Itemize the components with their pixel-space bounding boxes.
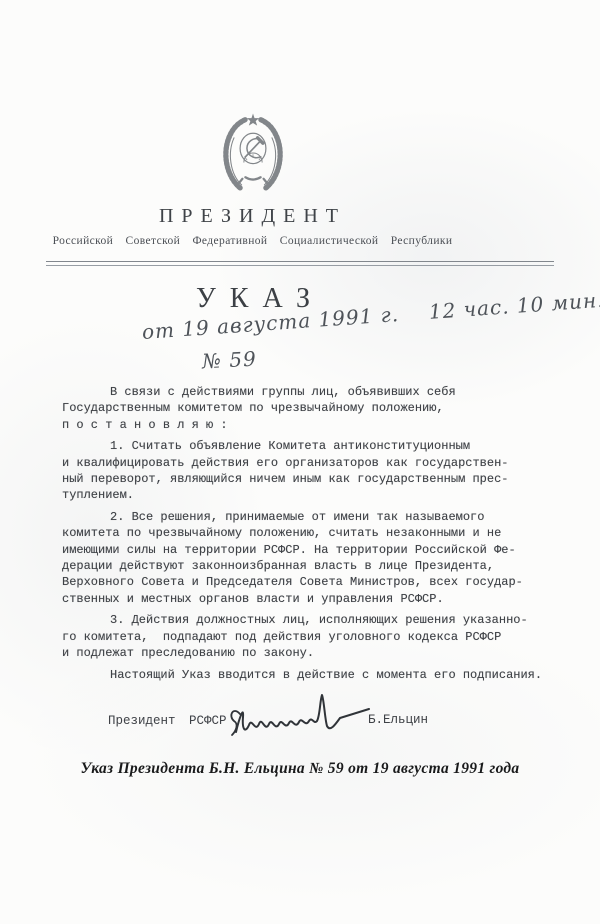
body-line: комитета по чрезвычайному положению, счи… (62, 525, 548, 541)
letterhead: ПРЕЗИДЕНТ Российской Советской Федератив… (0, 112, 505, 247)
body-line: Государственным комитетом по чрезвычайно… (62, 400, 548, 416)
signatory-post: Президент РСФСР (108, 714, 227, 728)
body-line: Верховного Совета и Председателя Совета … (62, 574, 548, 590)
body-line: и квалифицировать действия его организат… (62, 455, 548, 471)
signatory-name: Б.Ельцин (368, 713, 428, 727)
body-line: го комитета, подпадают под действия угол… (62, 629, 548, 645)
body-line: 2. Все решения, принимаемые от имени так… (62, 509, 548, 525)
letterhead-subtitle: Российской Советской Федеративной Социал… (0, 235, 505, 247)
handwritten-decree-number: № 59 (201, 347, 257, 374)
yeltsin-signature-icon (222, 688, 372, 743)
body-line: п о с т а н о в л я ю : (62, 417, 548, 433)
body-line: имеющими силы на территории РСФСР. На те… (62, 542, 548, 558)
decree-body: В связи с действиями группы лиц, объявив… (62, 384, 548, 683)
scanned-decree-page: ПРЕЗИДЕНТ Российской Советской Федератив… (0, 0, 600, 924)
letterhead-title: ПРЕЗИДЕНТ (0, 205, 505, 228)
body-line: Настоящий Указ вводится в действие с мом… (62, 667, 548, 683)
rsfsr-coat-of-arms-icon (215, 112, 291, 197)
body-line: ный переворот, являющийся ничем иным как… (62, 471, 548, 487)
body-line: ственных и местных органов власти и упра… (62, 591, 548, 607)
body-line: 1. Считать объявление Комитета антиконст… (62, 438, 548, 454)
body-line: и подлежат преследованию по закону. (62, 645, 548, 661)
photo-caption: Указ Президента Б.Н. Ельцина № 59 от 19 … (0, 760, 600, 778)
body-line: 3. Действия должностных лиц, исполняющих… (62, 612, 548, 628)
body-line: туплением. (62, 487, 548, 503)
body-line: дерации действуют законноизбранная власт… (62, 558, 548, 574)
letterhead-divider-rule (46, 261, 554, 266)
body-line: В связи с действиями группы лиц, объявив… (62, 384, 548, 400)
